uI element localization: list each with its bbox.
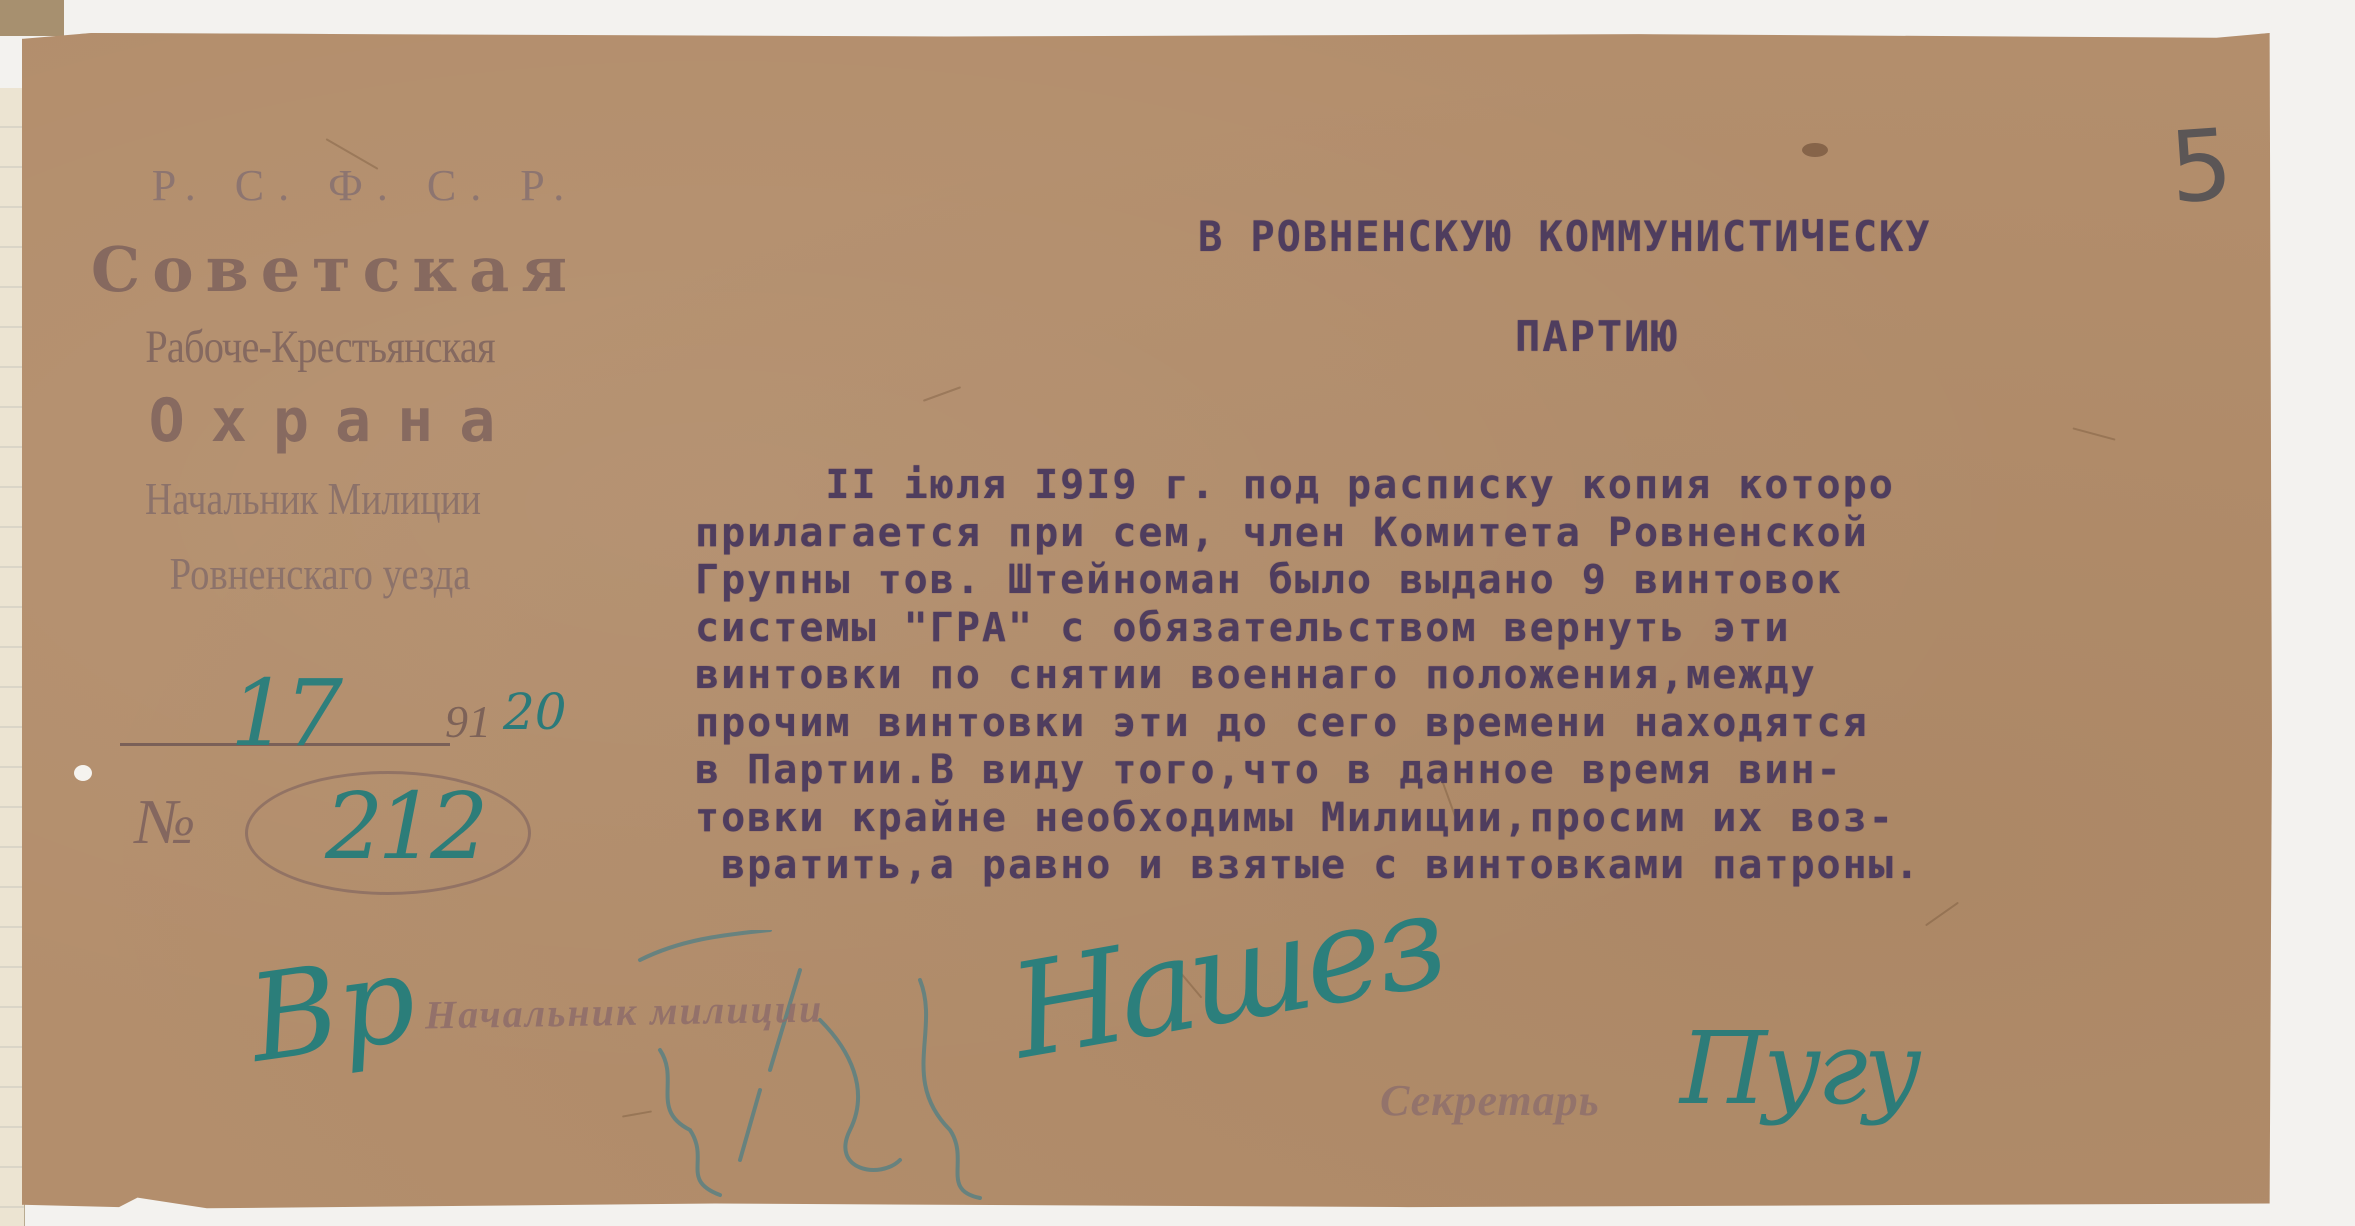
date-handwritten: 17	[230, 660, 339, 767]
body-line: товки крайне необходимы Милиции,просим и…	[695, 795, 2255, 843]
body-line: системы "ГРА" с обязательством вернуть э…	[695, 605, 2255, 653]
secretary-stamp: Секретарь	[1380, 1075, 1600, 1126]
body-line: винтовки по снятии военнаго положения,ме…	[695, 652, 2255, 700]
letter-body: II іюля I9I9 г. под расписку копия котор…	[695, 462, 2255, 890]
letterhead-line-3: Охрана	[40, 386, 630, 456]
archive-page-number: 5	[2166, 108, 2236, 226]
number-handwritten: 212	[325, 773, 483, 880]
body-line: вратить,а равно и взятые с винтовками па…	[695, 842, 2255, 890]
pencil-scribble	[620, 930, 1050, 1200]
registration-number: № 212	[135, 765, 495, 885]
body-line: Групны тов. Штейноман было выдано 9 винт…	[695, 557, 2255, 605]
body-line: прилагается при сем, член Комитета Ровне…	[695, 510, 2255, 558]
signature-block: Вр Начальник милиции Нашез Секретарь Пуг…	[230, 900, 2180, 1200]
body-line: в Партии.В виду того,что в данное время …	[695, 747, 2255, 795]
number-sign: №	[135, 785, 195, 859]
paper-hole	[74, 765, 92, 781]
year-printed: 91	[445, 695, 491, 748]
acting-mark-handwritten: Вр	[241, 929, 424, 1090]
letterhead-date: 17 91 20	[120, 665, 600, 745]
addressee-line-1: В РОВНЕНСКУЮ КОММУНИСТИЧЕСКУ	[1198, 212, 1931, 261]
letterhead-line-4: Начальник Милиции	[53, 472, 573, 525]
body-line: прочим винтовки эти до сего времени нахо…	[695, 700, 2255, 748]
letterhead-republic: Р. С. Ф. С. Р.	[100, 160, 630, 211]
year-handwritten: 20	[503, 683, 567, 741]
underlying-ledger-sheet	[0, 88, 25, 1226]
letterhead-stamp: Р. С. Ф. С. Р. Советская Рабоче-Крестьян…	[40, 160, 630, 600]
underlying-sheet-corner	[0, 0, 64, 36]
document-scan: Р. С. Ф. С. Р. Советская Рабоче-Крестьян…	[0, 0, 2355, 1226]
letterhead-line-1: Советская	[40, 233, 630, 306]
chief-of-militia-stamp: Начальник милиции	[425, 985, 824, 1039]
secretary-signature: Пугу	[1680, 1010, 1918, 1127]
letterhead-line-5: Ровненскаго уезда	[60, 547, 581, 600]
body-line: II іюля I9I9 г. под расписку копия котор…	[695, 462, 2255, 510]
letterhead-line-2: Рабоче-Крестьянская	[53, 320, 586, 374]
addressee-line-2: ПАРТИЮ	[1515, 312, 1679, 361]
